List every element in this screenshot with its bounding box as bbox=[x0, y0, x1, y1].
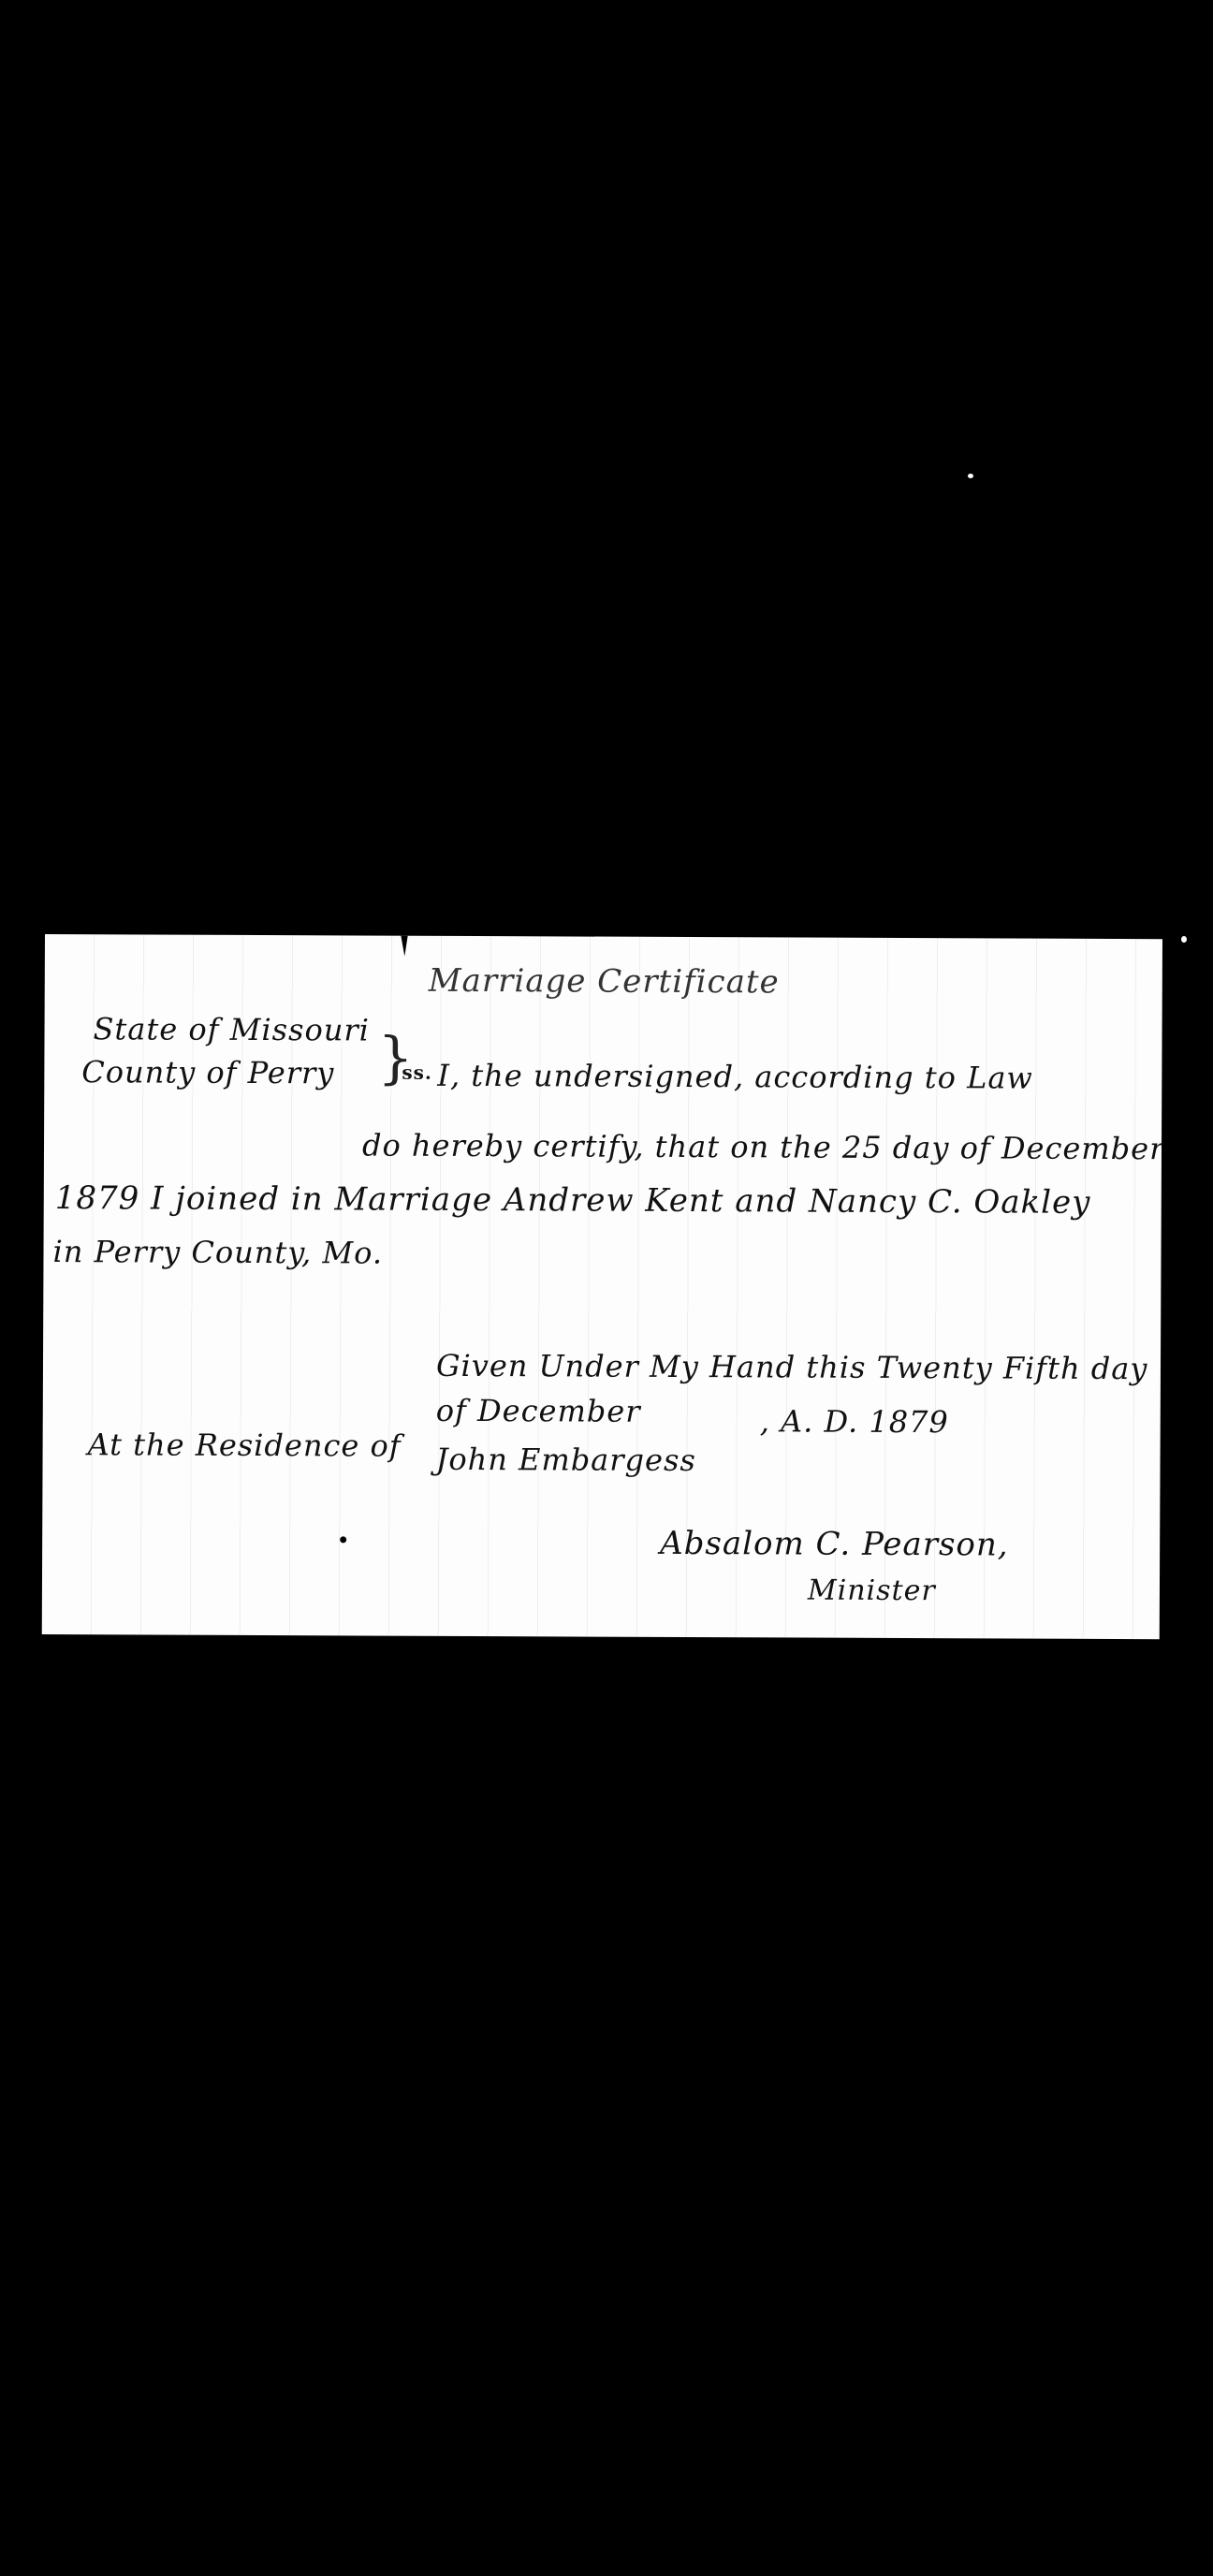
dust-speck bbox=[968, 474, 973, 478]
officiant-signature: Absalom C. Pearson, bbox=[660, 1525, 1009, 1564]
venue-ss: ss. bbox=[402, 1061, 432, 1084]
given-year: , A. D. 1879 bbox=[760, 1403, 949, 1440]
given-line: Given Under My Hand this Twenty Fifth da… bbox=[436, 1348, 1148, 1386]
given-month: of December bbox=[436, 1393, 641, 1429]
dust-speck bbox=[1181, 936, 1187, 943]
residence-name: John Embargess bbox=[435, 1442, 695, 1478]
paper-tear bbox=[401, 934, 408, 957]
venue-county: County of Perry bbox=[81, 1054, 334, 1090]
residence-label: At the Residence of bbox=[88, 1427, 402, 1463]
venue-state: State of Missouri bbox=[93, 1011, 370, 1047]
body-line: in Perry County, Mo. bbox=[52, 1234, 383, 1271]
ink-dot bbox=[340, 1536, 346, 1543]
body-line: do hereby certify, that on the 25 day of… bbox=[362, 1127, 1162, 1166]
certificate-title: Marriage Certificate bbox=[429, 962, 780, 1002]
officiant-role: Minister bbox=[808, 1574, 936, 1608]
body-line: I, the undersigned, according to Law bbox=[437, 1058, 1033, 1096]
body-line: 1879 I joined in Marriage Andrew Kent an… bbox=[55, 1179, 1091, 1222]
certificate-paper: Marriage Certificate State of Missouri C… bbox=[42, 934, 1162, 1639]
